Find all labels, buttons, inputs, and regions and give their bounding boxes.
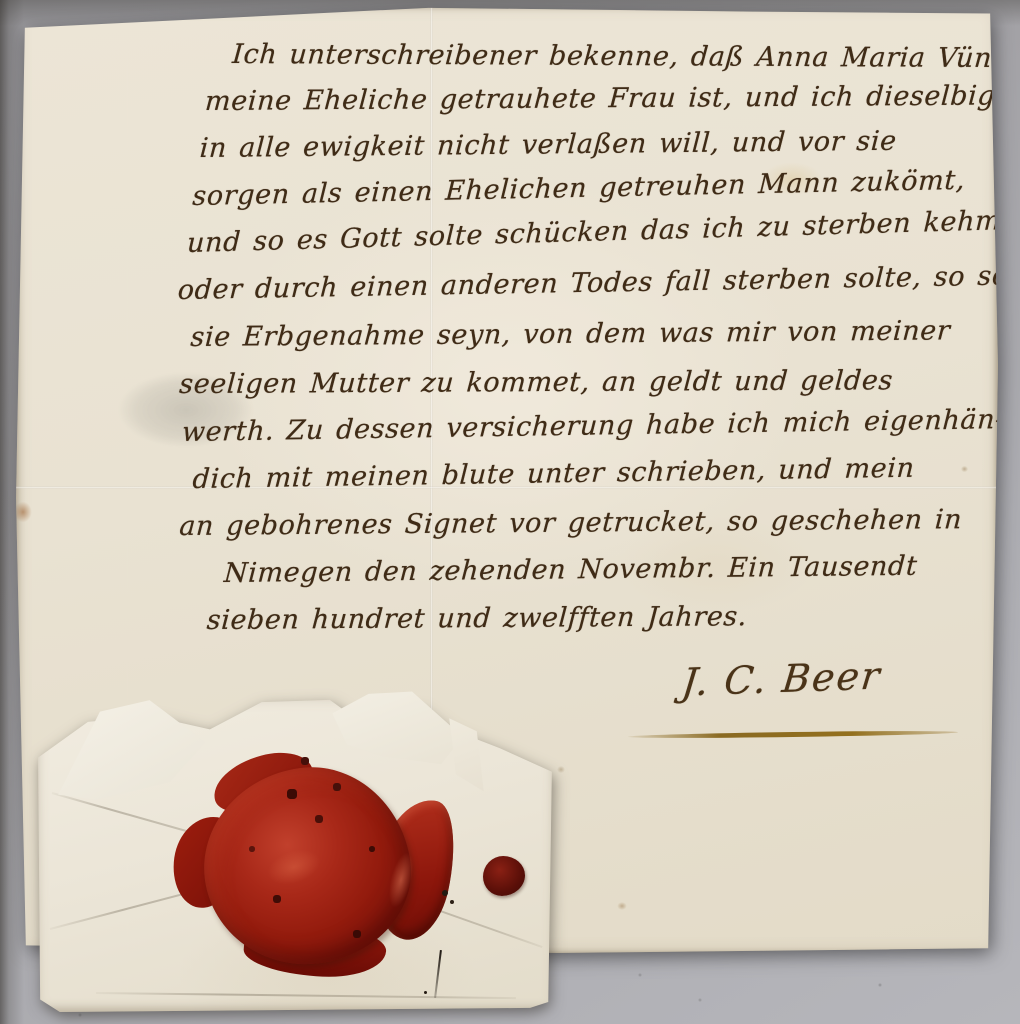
wax-seal-specks <box>36 698 38 700</box>
ink-speck <box>450 900 454 904</box>
manuscript-photo: Ich unterschreibener bekenne, daß Anna M… <box>0 0 1020 1024</box>
small-wax-drop <box>483 856 525 896</box>
envelope-fold-crease <box>96 992 516 999</box>
ink-speck <box>424 991 427 994</box>
envelope-wrap <box>0 0 1020 1024</box>
ink-streak <box>434 950 442 998</box>
ink-speck <box>442 890 448 896</box>
